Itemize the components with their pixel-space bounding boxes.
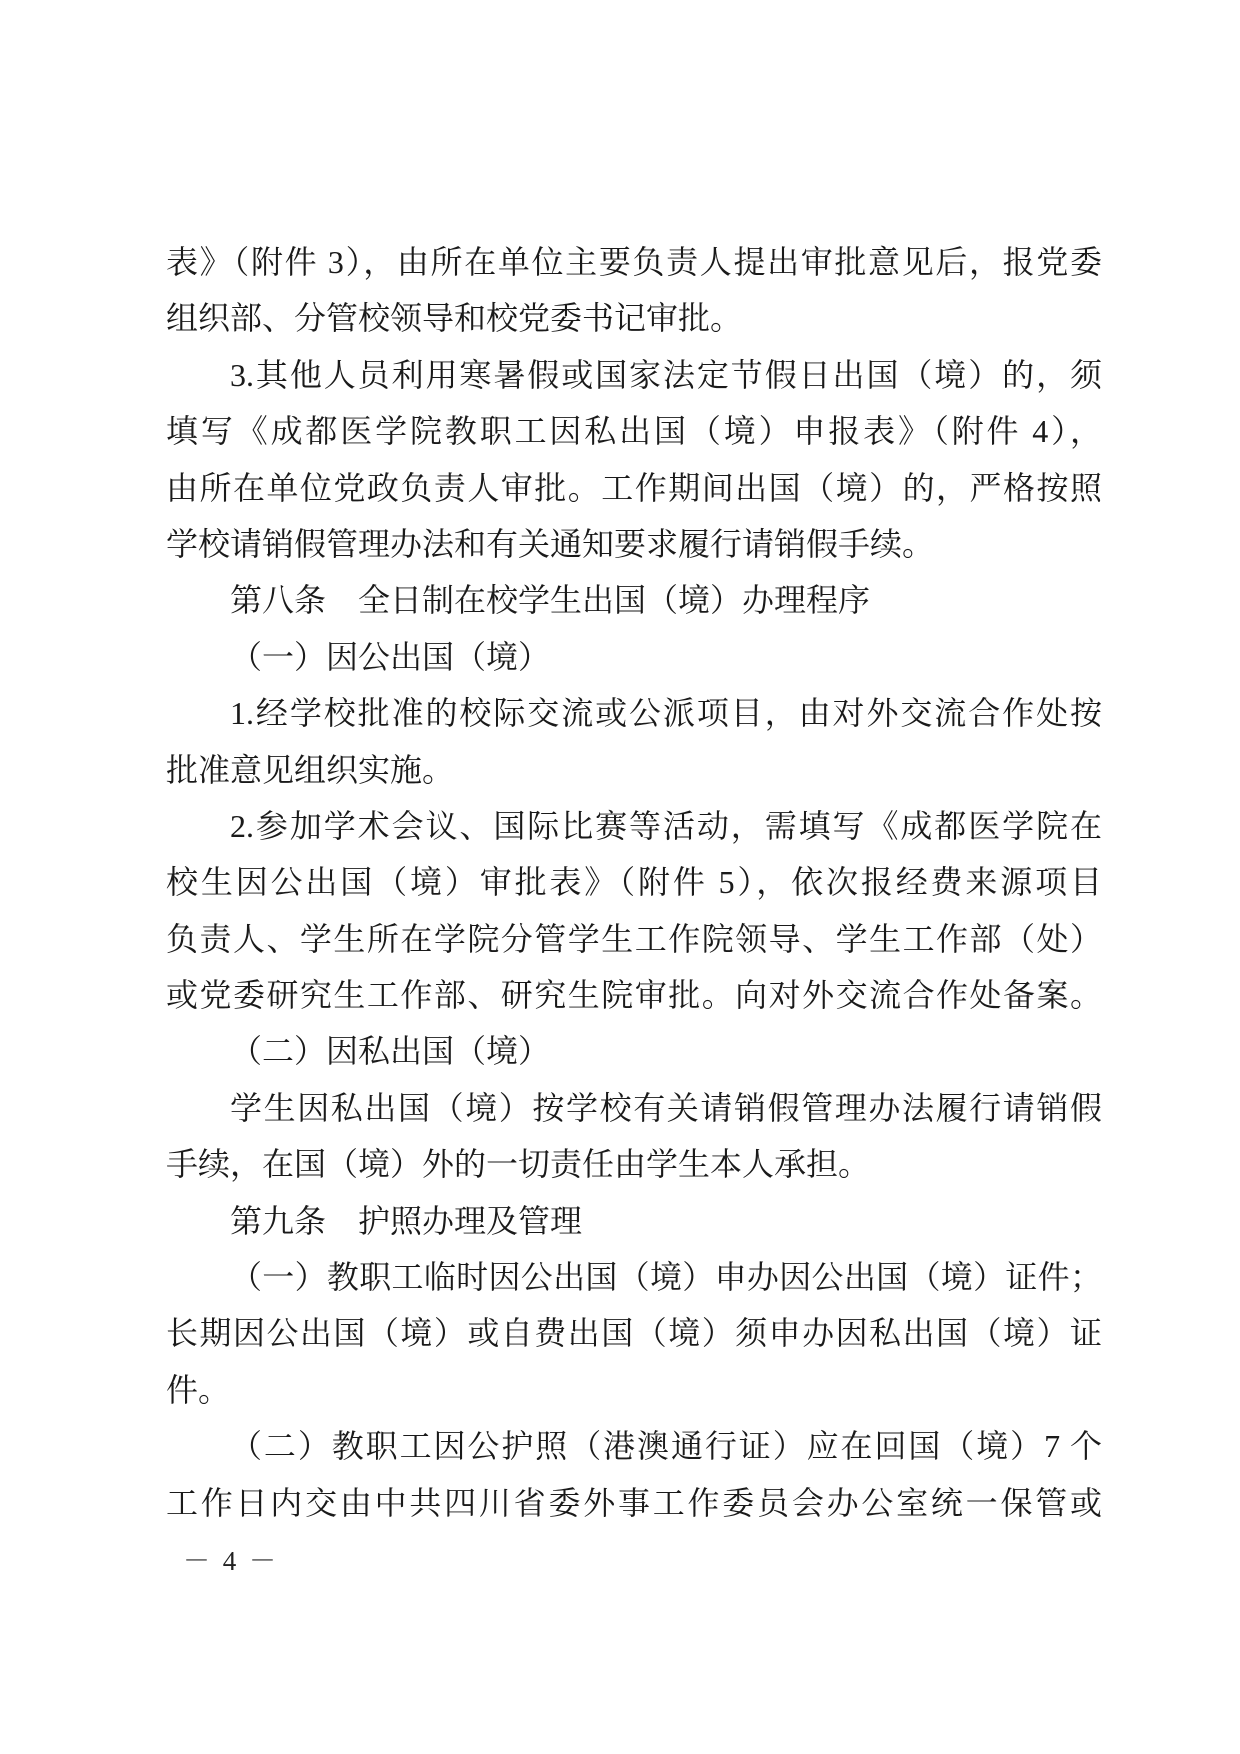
text-line: 件。 [166, 1362, 1102, 1418]
document-body: 表》（附件 3），由所在单位主要负责人提出审批意见后，报党委 组织部、分管校领导… [166, 234, 1102, 1531]
text-line: （二）教职工因公护照（港澳通行证）应在回国（境）7 个 [166, 1418, 1102, 1474]
text-line: 或党委研究生工作部、研究生院审批。向对外交流合作处备案。 [166, 967, 1102, 1023]
text-line: 1.经学校批准的校际交流或公派项目，由对外交流合作处按 [166, 685, 1102, 741]
text-line: 学校请销假管理办法和有关通知要求履行请销假手续。 [166, 516, 1102, 572]
text-line: 2.参加学术会议、国际比赛等活动，需填写《成都医学院在 [166, 798, 1102, 854]
text-line: 学生因私出国（境）按学校有关请销假管理办法履行请销假 [166, 1080, 1102, 1136]
text-line: 校生因公出国（境）审批表》（附件 5），依次报经费来源项目 [166, 854, 1102, 910]
text-line: 填写《成都医学院教职工因私出国（境）申报表》（附件 4）， [166, 403, 1102, 459]
section-heading: （二）因私出国（境） [166, 1023, 1102, 1079]
section-heading: （一）因公出国（境） [166, 629, 1102, 685]
article-heading: 第九条 护照办理及管理 [166, 1193, 1102, 1249]
text-line: 长期因公出国（境）或自费出国（境）须申办因私出国（境）证 [166, 1305, 1102, 1361]
text-line: （一）教职工临时因公出国（境）申办因公出国（境）证件； [166, 1249, 1102, 1305]
text-line: 批准意见组织实施。 [166, 742, 1102, 798]
document-page: 表》（附件 3），由所在单位主要负责人提出审批意见后，报党委 组织部、分管校领导… [0, 0, 1240, 1754]
article-heading: 第八条 全日制在校学生出国（境）办理程序 [166, 572, 1102, 628]
text-line: 表》（附件 3），由所在单位主要负责人提出审批意见后，报党委 [166, 234, 1102, 290]
page-number: － 4 － [183, 1544, 279, 1578]
text-line: 工作日内交由中共四川省委外事工作委员会办公室统一保管或 [166, 1475, 1102, 1531]
text-line: 由所在单位党政负责人审批。工作期间出国（境）的，严格按照 [166, 460, 1102, 516]
text-line: 组织部、分管校领导和校党委书记审批。 [166, 290, 1102, 346]
text-line: 手续，在国（境）外的一切责任由学生本人承担。 [166, 1136, 1102, 1192]
text-line: 3.其他人员利用寒暑假或国家法定节假日出国（境）的，须 [166, 347, 1102, 403]
text-line: 负责人、学生所在学院分管学生工作院领导、学生工作部（处） [166, 911, 1102, 967]
